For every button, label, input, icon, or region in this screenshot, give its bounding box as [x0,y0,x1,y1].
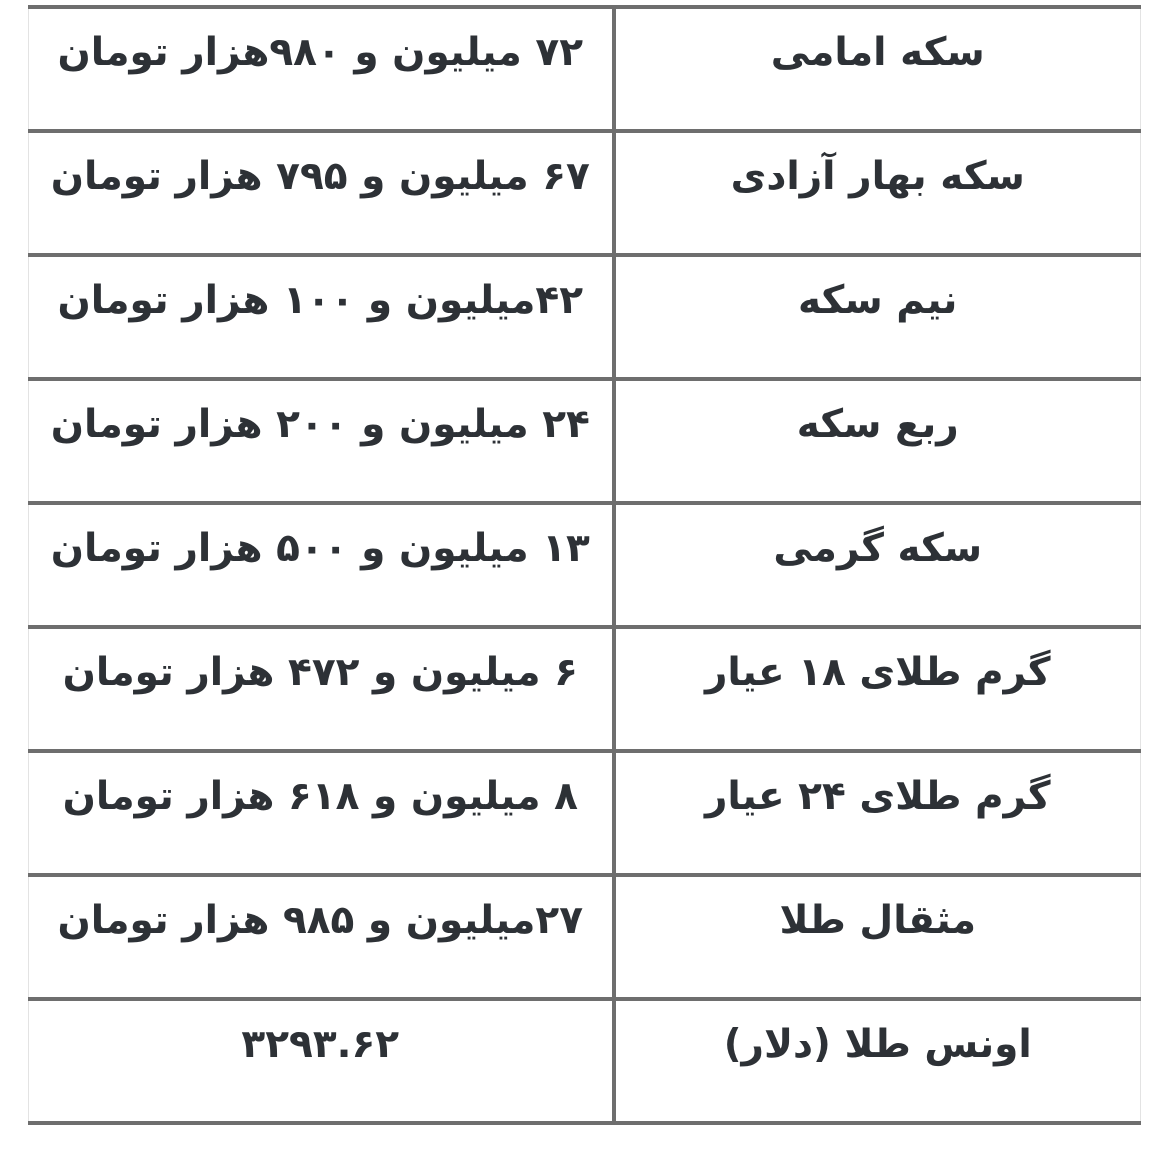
item-name-cell: سکه گرمی [614,503,1141,627]
table-row: نیم سکه ۴۲میلیون و ۱۰۰ هزار تومان [29,255,1141,379]
item-price-cell: ۷۲ میلیون و ۹۸۰هزار تومان [29,7,614,131]
item-name-cell: گرم طلای ۲۴ عیار [614,751,1141,875]
item-price-cell: ۲۴ میلیون و ۲۰۰ هزار تومان [29,379,614,503]
price-table-body: سکه امامی ۷۲ میلیون و ۹۸۰هزار تومان سکه … [29,7,1141,1123]
table-row: اونس طلا (دلار) ۳۲۹۳.۶۲ [29,999,1141,1123]
item-price-cell: ۶ میلیون و ۴۷۲ هزار تومان [29,627,614,751]
item-price-cell: ۲۷میلیون و ۹۸۵ هزار تومان [29,875,614,999]
table-row: مثقال طلا ۲۷میلیون و ۹۸۵ هزار تومان [29,875,1141,999]
table-row: سکه امامی ۷۲ میلیون و ۹۸۰هزار تومان [29,7,1141,131]
item-name-cell: گرم طلای ۱۸ عیار [614,627,1141,751]
item-name-cell: ربع سکه [614,379,1141,503]
table-row: ربع سکه ۲۴ میلیون و ۲۰۰ هزار تومان [29,379,1141,503]
item-price-cell: ۳۲۹۳.۶۲ [29,999,614,1123]
item-price-cell: ۸ میلیون و ۶۱۸ هزار تومان [29,751,614,875]
table-row: گرم طلای ۲۴ عیار ۸ میلیون و ۶۱۸ هزار توم… [29,751,1141,875]
item-name-cell: سکه بهار آزادی [614,131,1141,255]
item-name-cell: مثقال طلا [614,875,1141,999]
gold-coin-price-table: سکه امامی ۷۲ میلیون و ۹۸۰هزار تومان سکه … [28,5,1141,1125]
item-name-cell: اونس طلا (دلار) [614,999,1141,1123]
table-row: گرم طلای ۱۸ عیار ۶ میلیون و ۴۷۲ هزار توم… [29,627,1141,751]
item-name-cell: سکه امامی [614,7,1141,131]
item-name-cell: نیم سکه [614,255,1141,379]
item-price-cell: ۶۷ میلیون و ۷۹۵ هزار تومان [29,131,614,255]
table-row: سکه بهار آزادی ۶۷ میلیون و ۷۹۵ هزار توما… [29,131,1141,255]
item-price-cell: ۴۲میلیون و ۱۰۰ هزار تومان [29,255,614,379]
table-row: سکه گرمی ۱۳ میلیون و ۵۰۰ هزار تومان [29,503,1141,627]
item-price-cell: ۱۳ میلیون و ۵۰۰ هزار تومان [29,503,614,627]
